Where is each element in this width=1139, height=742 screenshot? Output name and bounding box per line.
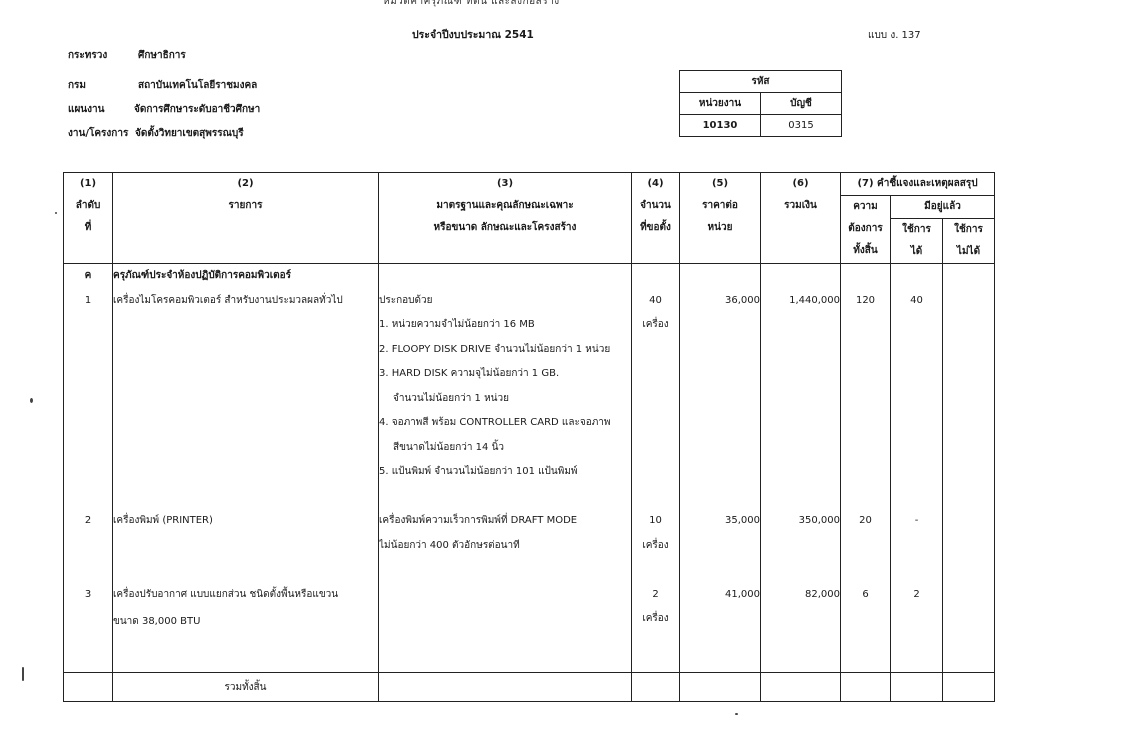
section-title: ครุภัณฑ์ประจำห้องปฏิบัติการคอมพิวเตอร์ bbox=[113, 264, 378, 289]
code-unit-label: หน่วยงาน bbox=[680, 93, 761, 115]
department-label: กรม bbox=[68, 78, 86, 93]
item-3-line-1: เครื่องปรับอากาศ แบบแยกส่วน ชนิดตั้งพื้น… bbox=[113, 583, 378, 608]
header-col-7c: ใช้การไม่ได้ bbox=[943, 219, 995, 264]
header-existing: มีอยู่แล้ว bbox=[891, 196, 995, 219]
budget-table: (1)ลำดับที่ (2)รายการ (3)มาตรฐานและคุณลั… bbox=[63, 172, 995, 702]
total-row: รวมทั้งสิ้น bbox=[64, 673, 995, 702]
header-col-1: (1)ลำดับที่ bbox=[64, 173, 113, 264]
col-usable: 40 - 2 bbox=[891, 264, 943, 673]
scan-speck bbox=[30, 398, 33, 403]
item-1: เครื่องไมโครคอมพิวเตอร์ สำหรับงานประมวลผ… bbox=[113, 289, 378, 314]
header-col-4: (4)จำนวนที่ขอตั้ง bbox=[632, 173, 680, 264]
header-col-7a: ความต้องการทั้งสิ้น bbox=[841, 196, 891, 264]
project-label: งาน/โครงการ bbox=[68, 126, 128, 141]
item-2: เครื่องพิมพ์ (PRINTER) bbox=[113, 509, 378, 534]
col-no: ค 1 2 3 bbox=[64, 264, 113, 673]
header-col-3: (3)มาตรฐานและคุณลักษณะเฉพาะหรือขนาด ลักษ… bbox=[379, 173, 632, 264]
form-number: แบบ ง. 137 bbox=[868, 28, 921, 43]
col-unit-price: 36,000 35,000 41,000 bbox=[680, 264, 761, 673]
header-col-7: (7) คำชี้แจงและเหตุผลสรุป bbox=[841, 173, 995, 196]
header-col-6: (6)รวมเงิน bbox=[761, 173, 841, 264]
code-box-title: รหัส bbox=[680, 71, 842, 93]
plan-value: จัดการศึกษาระดับอาชีวศึกษา bbox=[134, 102, 260, 117]
col-unusable bbox=[943, 264, 995, 673]
col-item: ครุภัณฑ์ประจำห้องปฏิบัติการคอมพิวเตอร์ เ… bbox=[113, 264, 379, 673]
header-col-2: (2)รายการ bbox=[113, 173, 379, 264]
item-3-line-2: ขนาด 38,000 BTU bbox=[113, 610, 378, 635]
scan-speck bbox=[22, 667, 24, 681]
ministry-label: กระทรวง bbox=[68, 48, 107, 63]
code-unit-value: 10130 bbox=[680, 115, 761, 137]
scan-speck bbox=[55, 212, 57, 214]
header-col-5: (5)ราคาต่อหน่วย bbox=[680, 173, 761, 264]
code-account-label: บัญชี bbox=[761, 93, 842, 115]
project-value: จัดตั้งวิทยาเขตสุพรรณบุรี bbox=[135, 126, 244, 141]
code-account-value: 0315 bbox=[761, 115, 842, 137]
col-needed: 120 20 6 bbox=[841, 264, 891, 673]
cut-off-title: หมวดค่าครุภัณฑ์ ที่ดิน และสิ่งก่อสร้าง bbox=[383, 0, 560, 9]
total-label: รวมทั้งสิ้น bbox=[113, 673, 379, 702]
plan-label: แผนงาน bbox=[68, 102, 104, 117]
code-box: รหัส หน่วยงาน บัญชี 10130 0315 bbox=[679, 70, 842, 137]
col-qty: 40 เครื่อง 10 เครื่อง 2 เครื่อง bbox=[632, 264, 680, 673]
document-title: ประจำปีงบประมาณ 2541 bbox=[412, 26, 534, 43]
table-body: ค 1 2 3 ครุภัณฑ์ประจำห้องปฏิบัติการคอมพิ… bbox=[64, 264, 995, 673]
col-spec: ประกอบด้วย 1. หน่วยความจำไม่น้อยกว่า 16 … bbox=[379, 264, 632, 673]
header-col-7b: ใช้การได้ bbox=[891, 219, 943, 264]
department-value: สถาบันเทคโนโลยีราชมงคล bbox=[138, 78, 257, 93]
col-total: 1,440,000 350,000 82,000 bbox=[761, 264, 841, 673]
ministry-value: ศึกษาธิการ bbox=[138, 48, 186, 63]
scan-speck bbox=[735, 713, 738, 715]
